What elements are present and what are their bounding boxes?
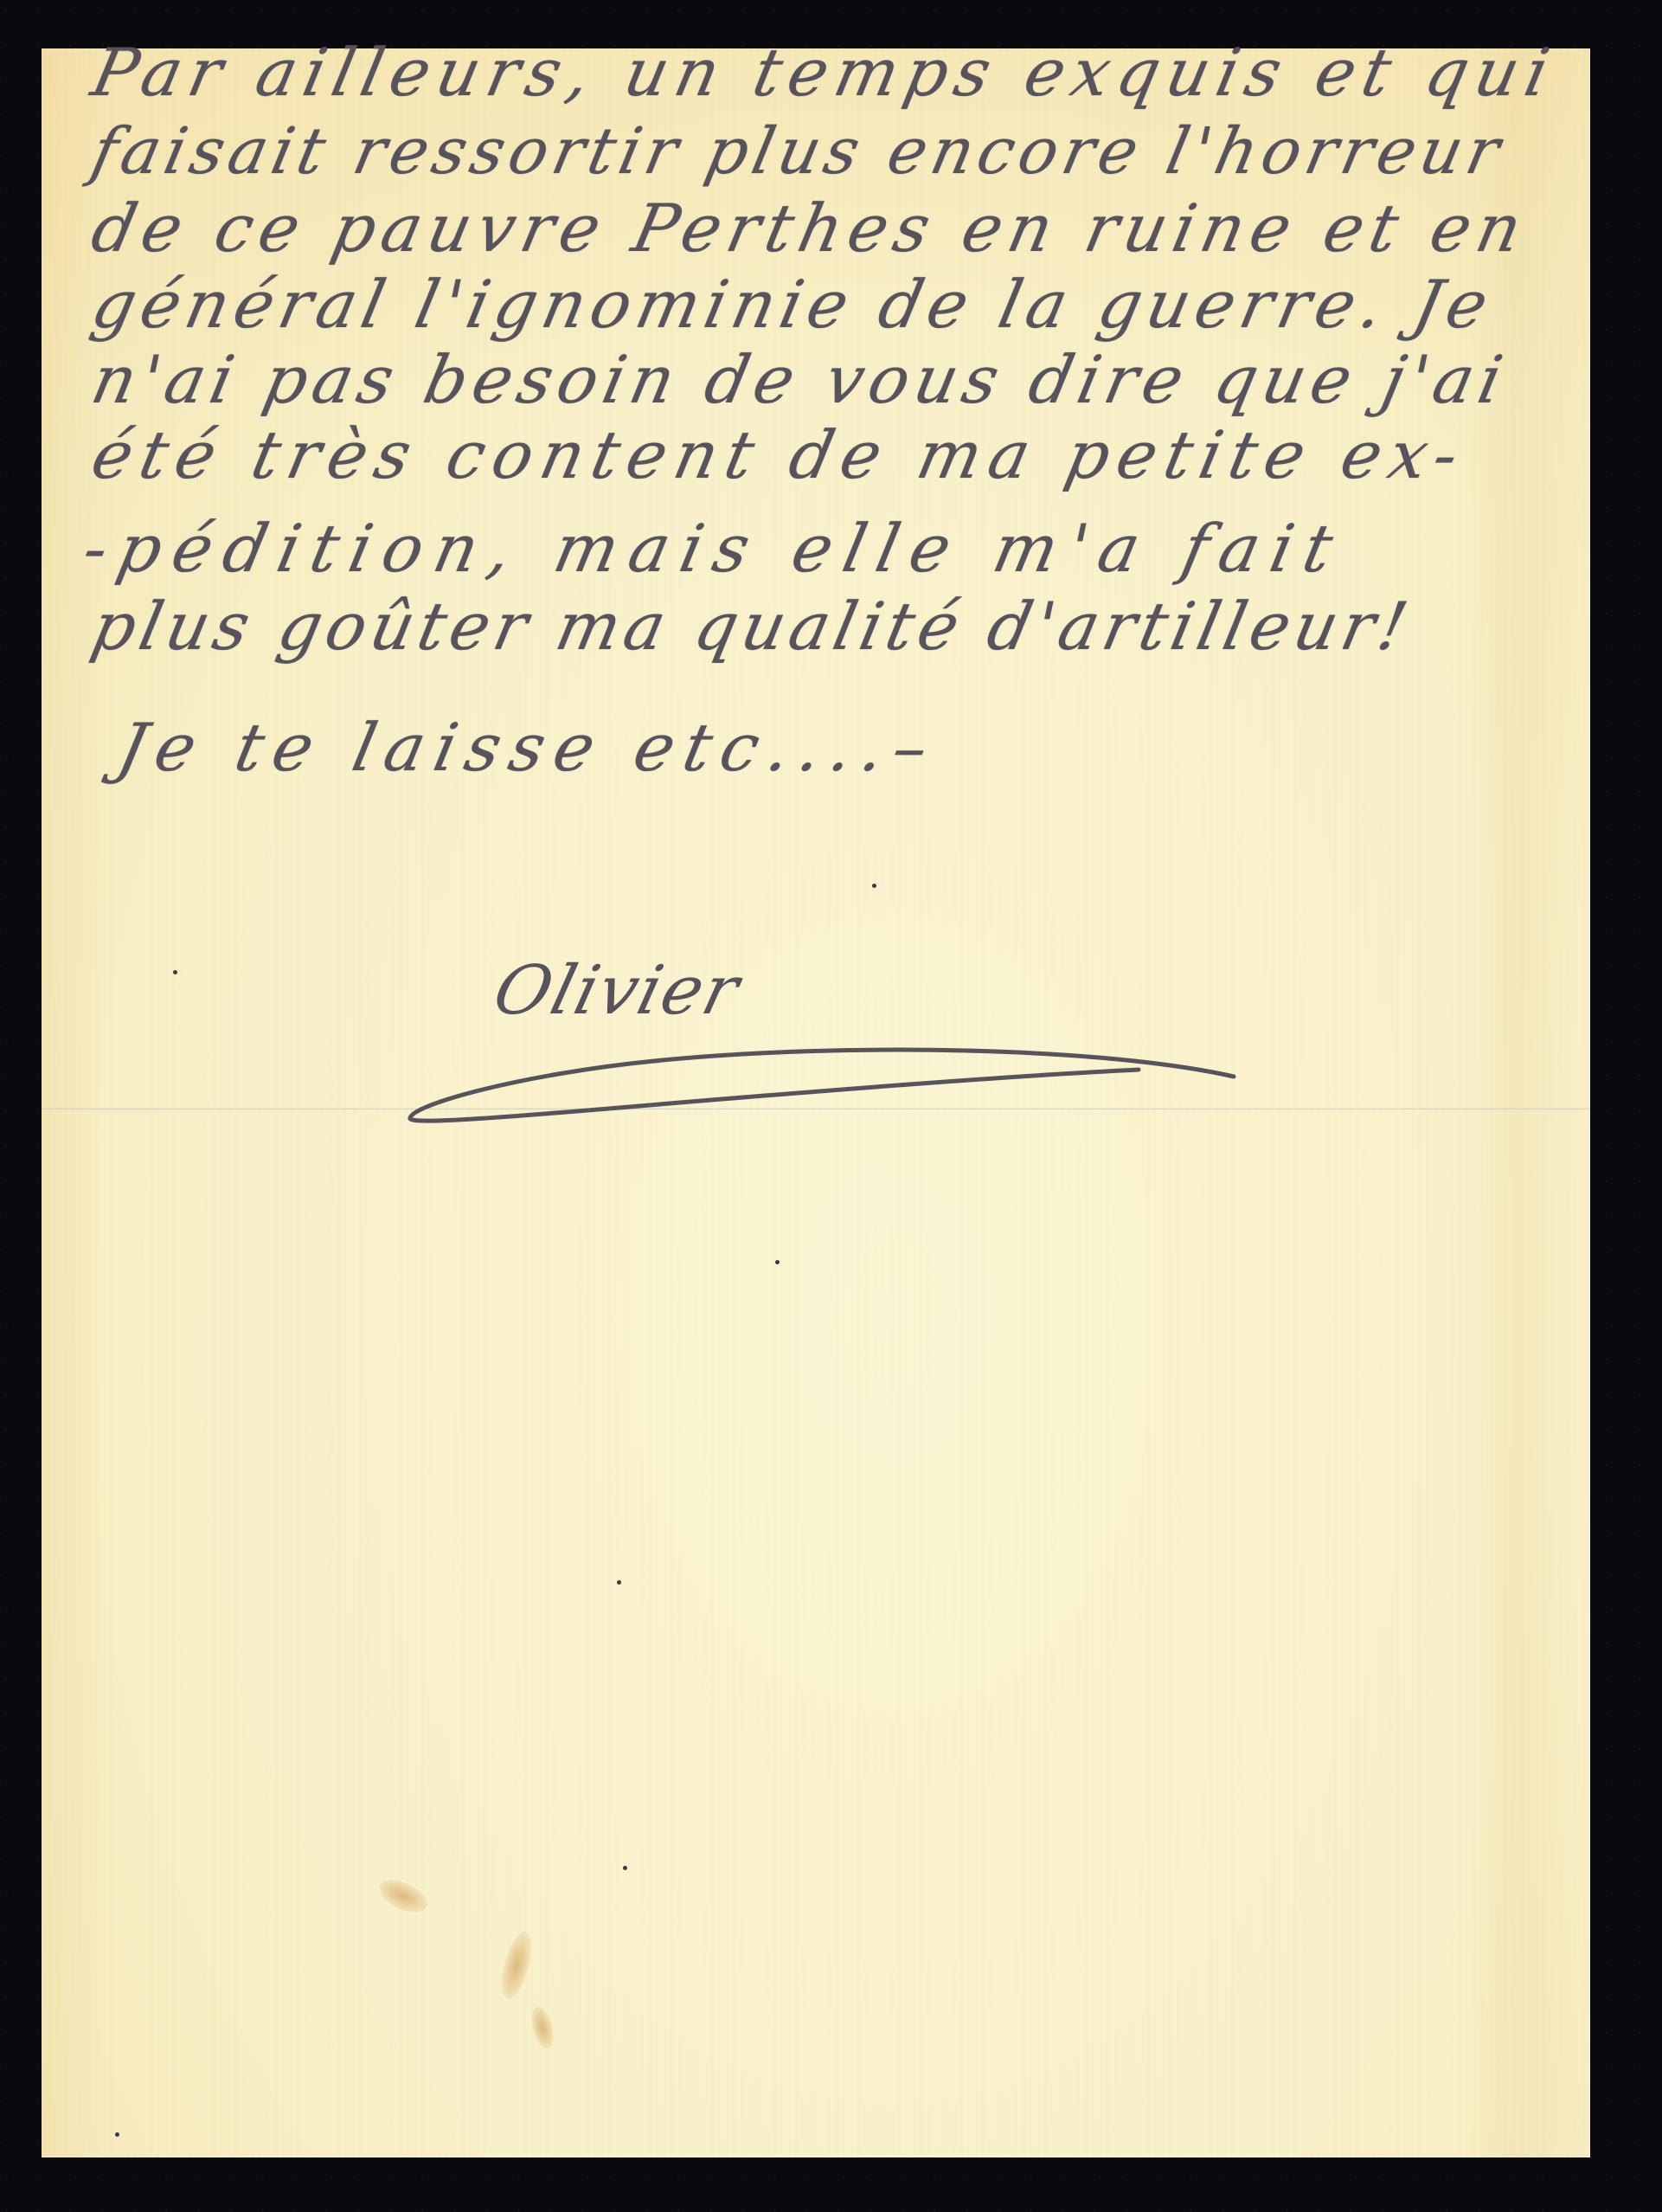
letter-closing: Je te laisse etc....– [112, 715, 944, 781]
signature-flourish [395, 1035, 1242, 1130]
signature-olivier: Olivier [487, 957, 747, 1025]
scan-background: Par ailleurs, un temps exquis et qui fai… [0, 0, 1662, 2212]
letter-page: Par ailleurs, un temps exquis et qui fai… [42, 48, 1590, 2157]
letter-line-1: Par ailleurs, un temps exquis et qui [87, 40, 1562, 106]
letter-line-2: faisait ressortir plus encore l'horreur [87, 119, 1510, 183]
letter-body: Par ailleurs, un temps exquis et qui fai… [42, 48, 1590, 2157]
ink-speck [872, 884, 876, 888]
rust-stain [374, 1874, 432, 1919]
rust-stain [528, 2004, 557, 2051]
ink-speck [623, 1866, 627, 1870]
ink-speck [617, 1580, 621, 1585]
letter-line-3: de ce pauvre Perthes en ruine et en [87, 196, 1534, 261]
ink-speck [173, 970, 177, 974]
letter-line-8: plus goûter ma qualité d'artilleur! [87, 594, 1418, 659]
ink-speck [115, 2132, 119, 2137]
rust-stain [496, 1929, 537, 2003]
letter-line-7: -pédition, mais elle m'a fait [78, 516, 1351, 582]
letter-line-6: été très content de ma petite ex- [87, 422, 1473, 488]
ink-speck [775, 1260, 780, 1264]
letter-line-4: général l'ignominie de la guerre. Je [87, 272, 1499, 338]
letter-line-5: n'ai pas besoin de vous dire que j'ai [87, 347, 1514, 413]
